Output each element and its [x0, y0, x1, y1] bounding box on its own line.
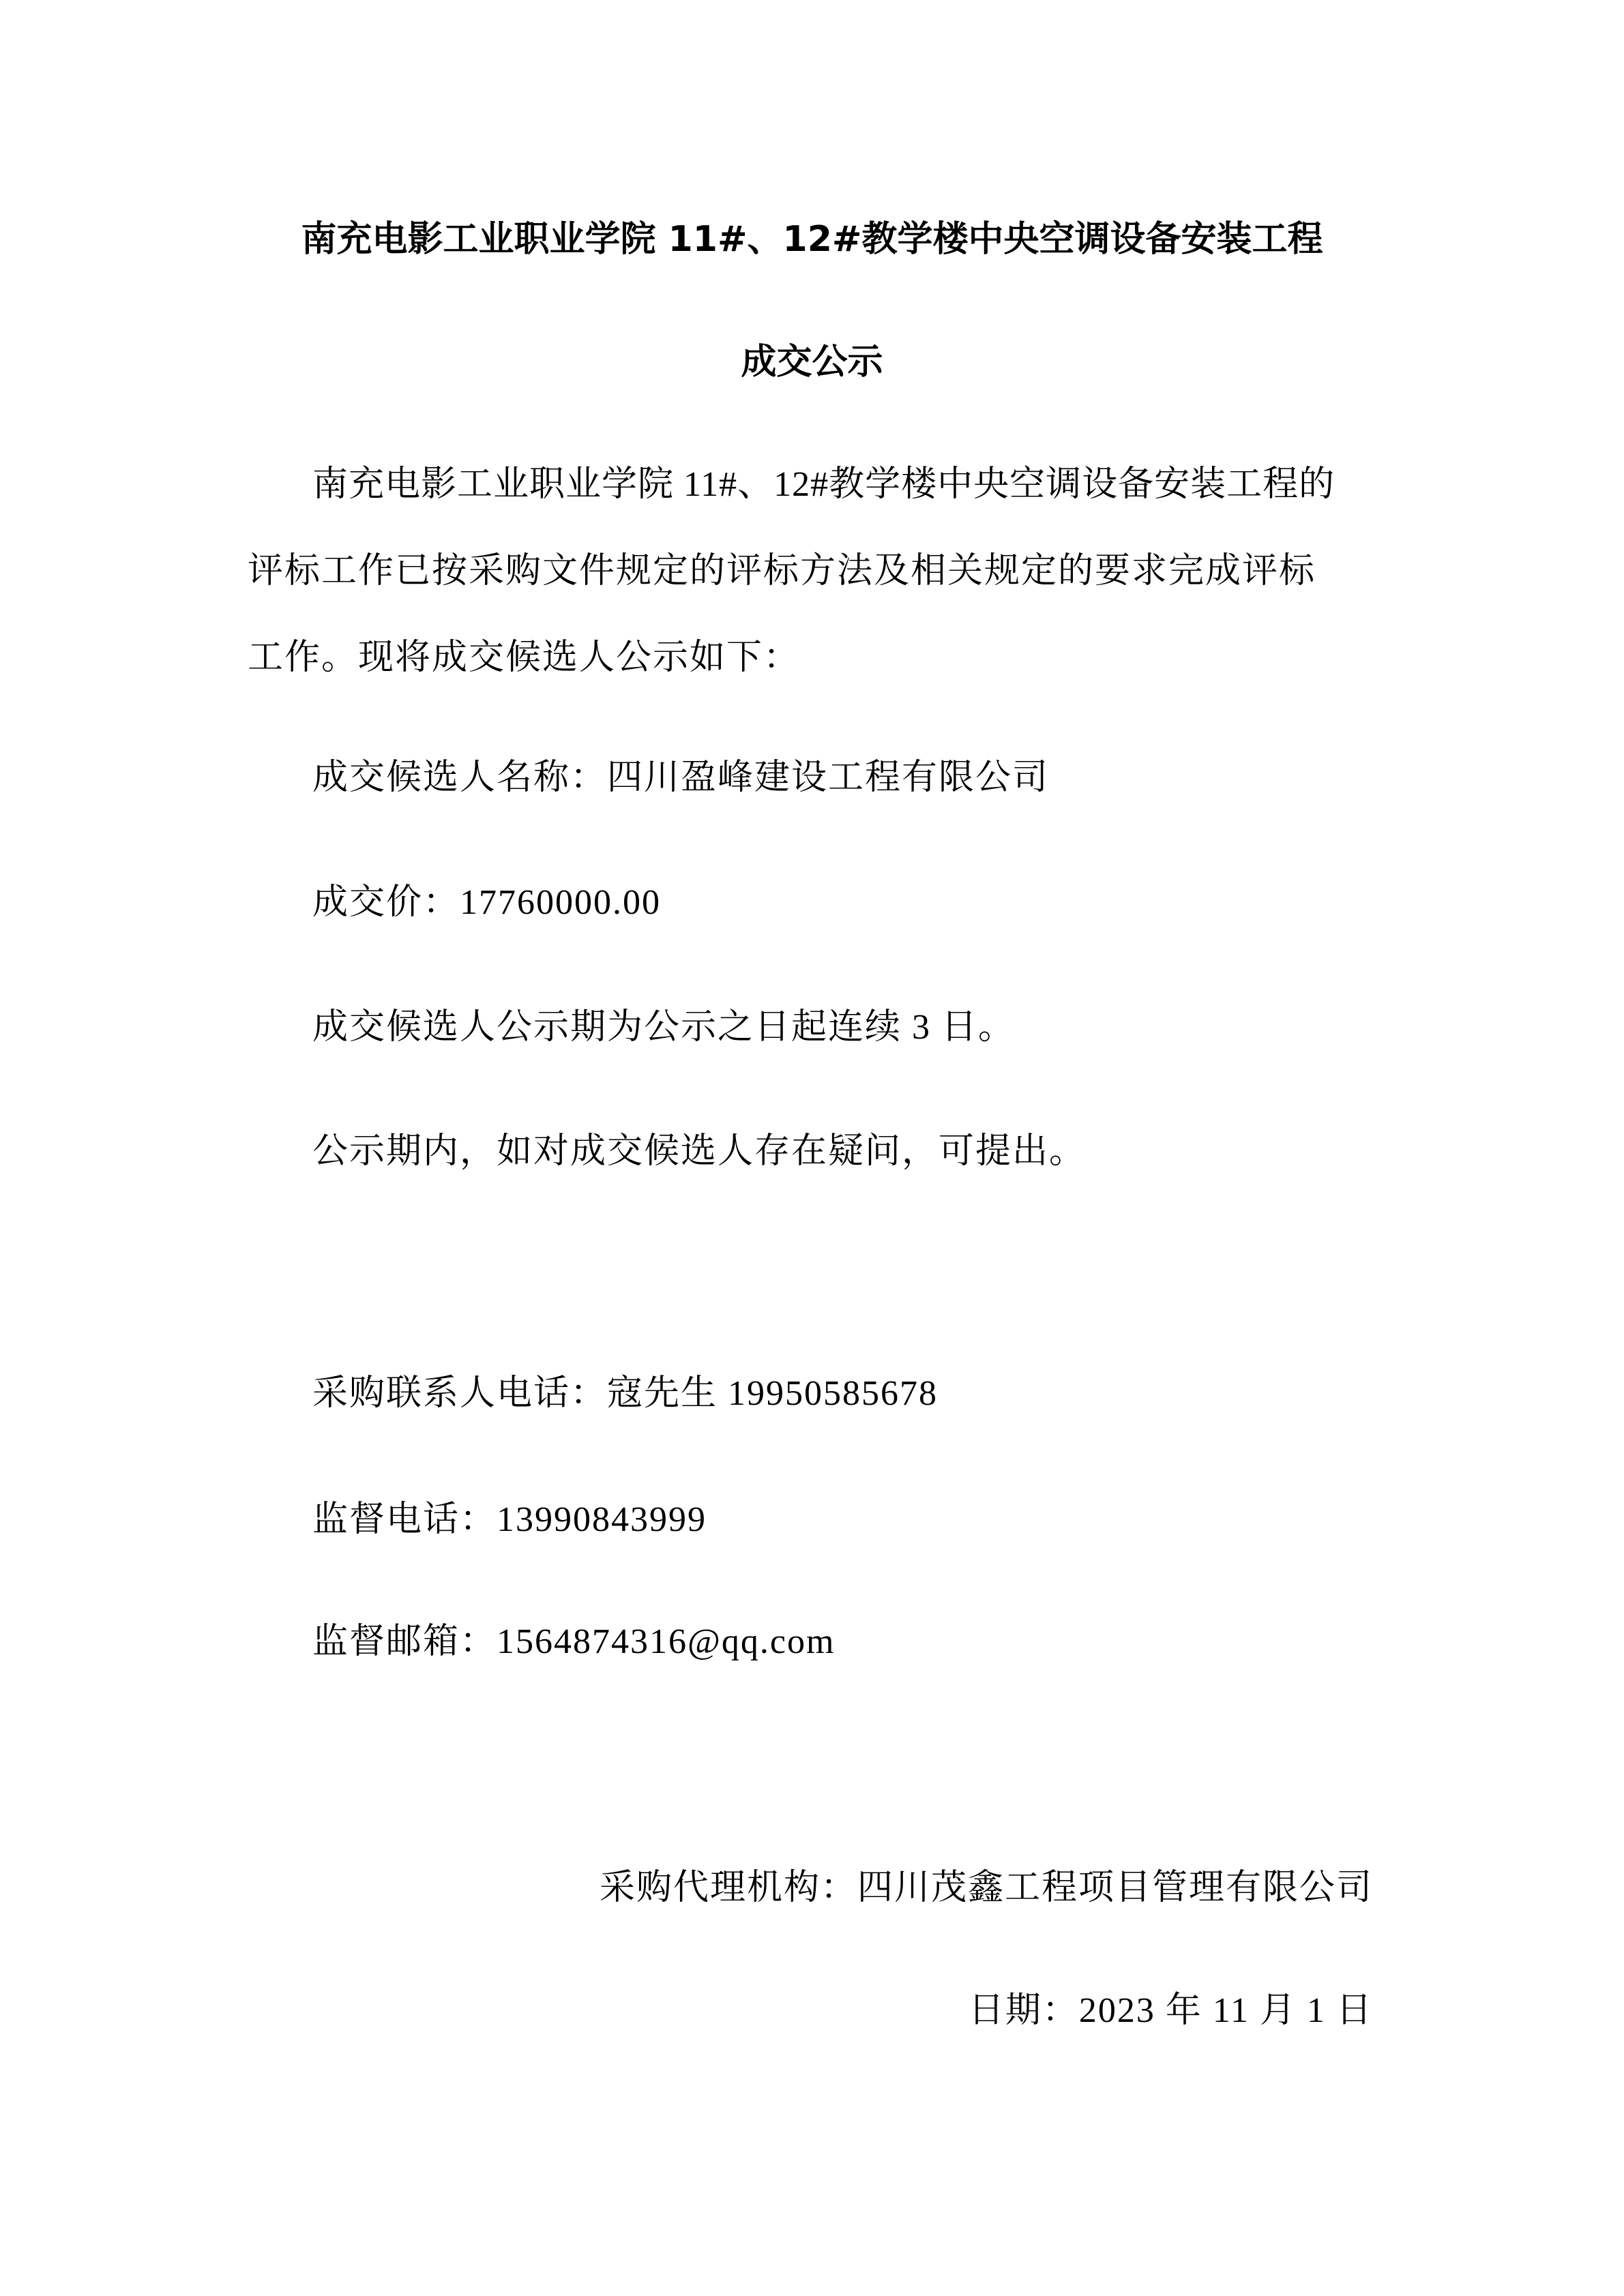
document-page: 南充电影工业职业学院 11#、12#教学楼中央空调设备安装工程 成交公示 南充电…	[0, 0, 1624, 2296]
candidate-name-row: 成交候选人名称：四川盈峰建设工程有限公司	[312, 756, 1049, 800]
candidate-price-row: 成交价：17760000.00	[312, 881, 661, 925]
supervision-phone-row: 监督电话：13990843999	[312, 1498, 707, 1542]
supervision-email-row: 监督邮箱：1564874316@qq.com	[312, 1620, 835, 1664]
purchase-contact-value: 寇先生 19950585678	[607, 1374, 938, 1413]
date-label: 日期：	[969, 1991, 1079, 2030]
intro-paragraph-line-1: 南充电影工业职业学院 11#、12#教学楼中央空调设备安装工程的	[312, 463, 1335, 507]
intro-paragraph-line-2: 评标工作已按采购文件规定的评标方法及相关规定的要求完成评标	[248, 550, 1316, 593]
supervision-email-value: 1564874316@qq.com	[497, 1622, 835, 1661]
supervision-phone-value: 13990843999	[497, 1500, 707, 1539]
intro-paragraph-line-3: 工作。现将成交候选人公示如下：	[248, 636, 800, 680]
candidate-name-value: 四川盈峰建设工程有限公司	[607, 758, 1049, 797]
procurement-agency-value: 四川茂鑫工程项目管理有限公司	[857, 1868, 1373, 1907]
date-row: 日期：2023 年 11 月 1 日	[969, 1989, 1373, 2033]
candidate-name-label: 成交候选人名称：	[312, 758, 607, 797]
candidate-price-label: 成交价：	[312, 883, 460, 922]
procurement-agency-row: 采购代理机构：四川茂鑫工程项目管理有限公司	[600, 1866, 1373, 1910]
purchase-contact-label: 采购联系人电话：	[312, 1374, 607, 1413]
candidate-price-value: 17760000.00	[460, 883, 661, 922]
supervision-phone-label: 监督电话：	[312, 1500, 497, 1539]
notice-period-text: 成交候选人公示期为公示之日起连续 3 日。	[312, 1006, 1015, 1049]
document-subtitle: 成交公示	[0, 340, 1624, 384]
objection-note-text: 公示期内，如对成交候选人存在疑问，可提出。	[312, 1130, 1086, 1174]
document-title: 南充电影工业职业学院 11#、12#教学楼中央空调设备安装工程	[0, 218, 1624, 261]
supervision-email-label: 监督邮箱：	[312, 1622, 497, 1661]
purchase-contact-row: 采购联系人电话：寇先生 19950585678	[312, 1372, 938, 1416]
date-value: 2023 年 11 月 1 日	[1079, 1991, 1373, 2030]
procurement-agency-label: 采购代理机构：	[600, 1868, 857, 1907]
